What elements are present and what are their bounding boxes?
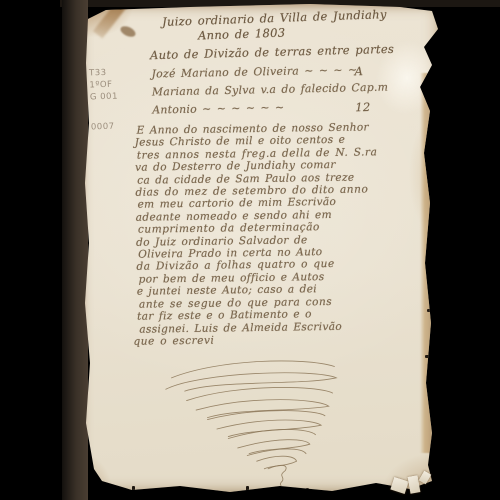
party-name: Jozé Mariano de Oliveira ~ ~ ~ ~ <box>151 63 357 80</box>
pencil-annotation: 1ºOF <box>89 80 112 91</box>
pencil-annotation: T33 <box>89 68 107 79</box>
torn-paper-edge <box>420 73 432 453</box>
body-line: que o escrevi <box>133 332 380 348</box>
folio-mark: 12 <box>355 100 371 114</box>
ink-flourish <box>162 349 342 491</box>
folio-mark: A <box>354 64 363 78</box>
party-name: Antonio ~ ~ ~ ~ ~ ~ <box>152 101 284 117</box>
edge-ink-mark <box>425 355 431 358</box>
year-line: Anno de 1803 <box>198 25 286 42</box>
stitch-mark <box>194 488 197 493</box>
pencil-annotation: 0007 <box>91 120 119 133</box>
ink-stain <box>119 24 137 39</box>
pencil-annotation: G 001 <box>90 92 118 103</box>
parties-block: Jozé Mariano de Oliveira ~ ~ ~ ~ A Maria… <box>151 62 392 121</box>
scan-background: Juizo ordinario da Villa de Jundiahy Ann… <box>0 0 500 500</box>
party-row: Antonio ~ ~ ~ ~ ~ ~ 12 <box>152 98 392 121</box>
edge-ink-mark <box>428 243 434 246</box>
stitch-mark <box>246 486 249 491</box>
body-text-block: E Anno do nascimento de nosso Senhor Jes… <box>134 121 380 348</box>
stitch-mark <box>306 488 309 493</box>
archive-pencil-annotations: T33 1ºOF G 001 0007 <box>89 67 119 134</box>
book-binding-edge <box>62 0 88 500</box>
stitch-mark <box>132 486 135 491</box>
edge-ink-mark <box>427 309 433 312</box>
subtitle-line: Auto de Divizão de terras entre partes <box>150 42 394 62</box>
manuscript-page: Juizo ordinario da Villa de Jundiahy Ann… <box>80 3 442 495</box>
